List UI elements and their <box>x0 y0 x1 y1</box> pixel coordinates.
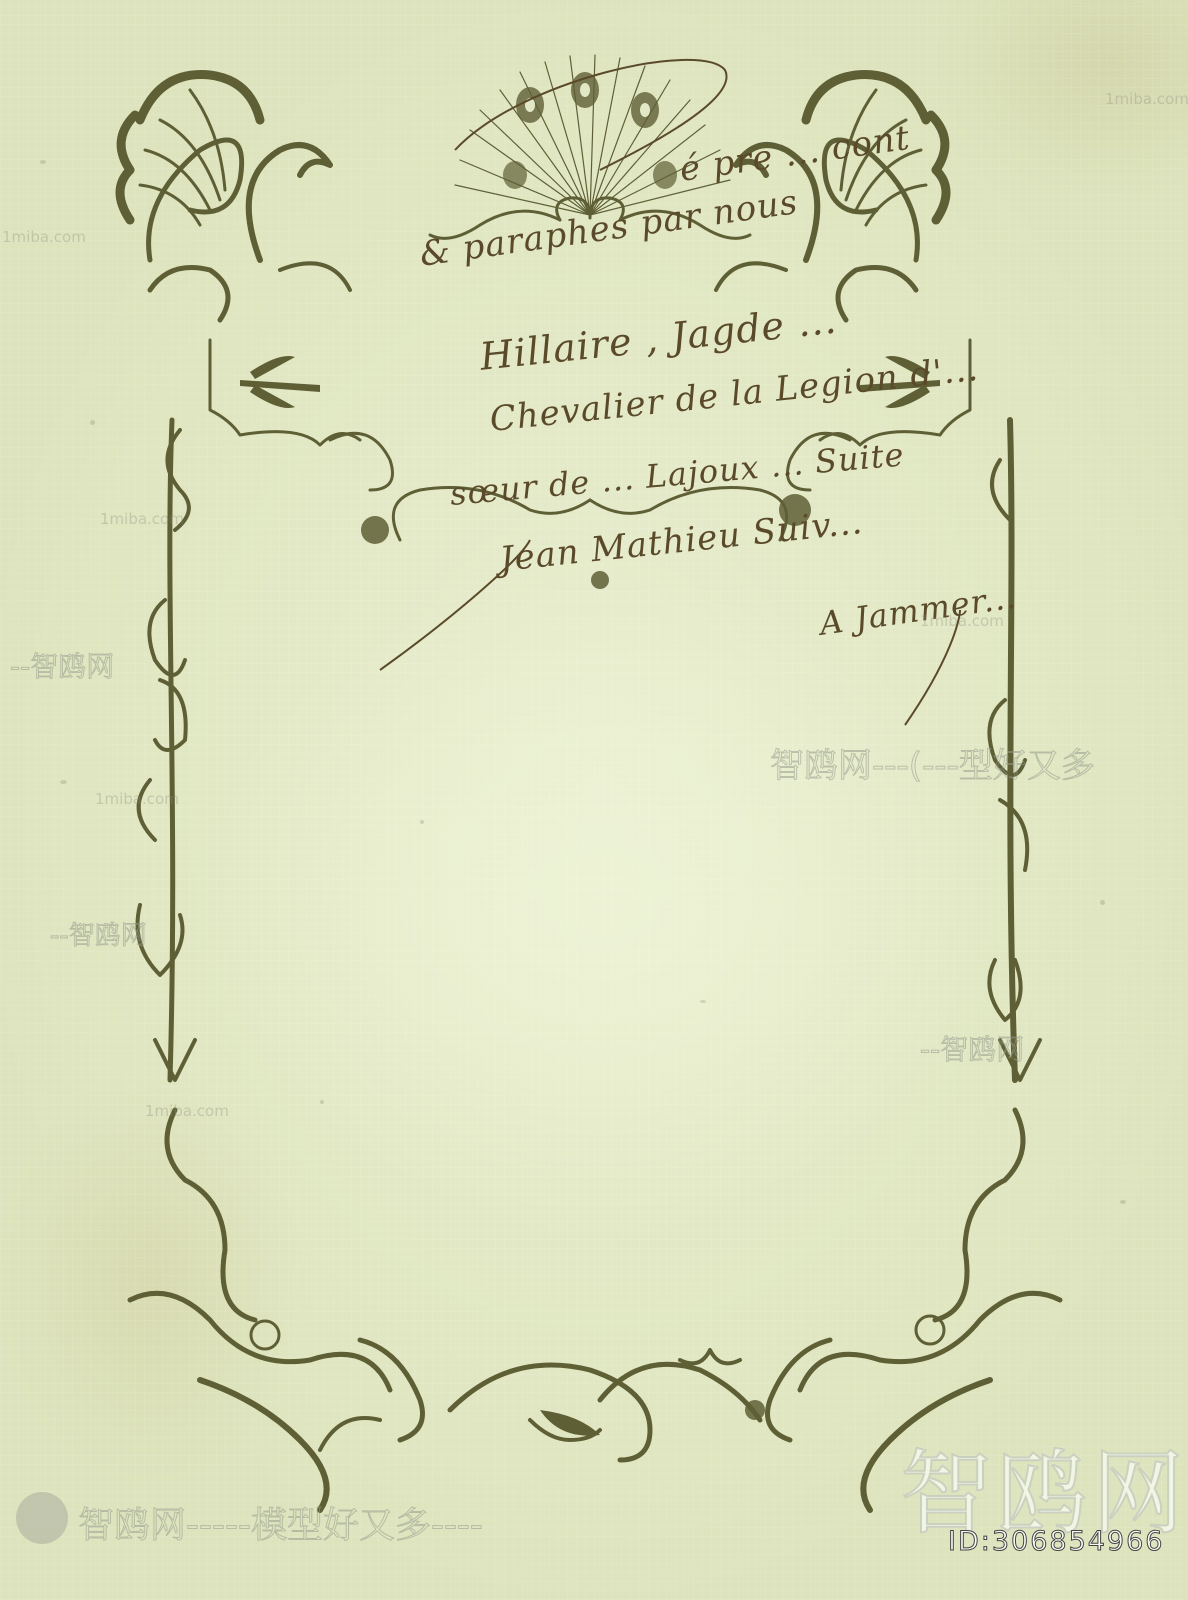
watermark-site: 1miba.com <box>920 612 1004 630</box>
watermark-site: 1miba.com <box>100 510 184 528</box>
watermark-banner: 智鸥网-----模型好又多---- <box>78 1497 483 1548</box>
watermark-banner-mid: 智鸥网---(---型好又多 <box>770 738 1095 787</box>
watermark-site: 1miba.com <box>2 228 86 246</box>
watermark-side: --智鸥网 <box>920 1028 1024 1068</box>
watermark-side: --智鸥网 <box>50 915 147 952</box>
watermark-site: 1miba.com <box>145 1102 229 1120</box>
watermark-logo-icon <box>16 1492 68 1544</box>
watermark-site: 1miba.com <box>1105 90 1188 108</box>
watermark-id: ID:306854966 <box>948 1526 1164 1557</box>
watermark-side: --智鸥网 <box>10 645 114 685</box>
watermark-site: 1miba.com <box>95 790 179 808</box>
